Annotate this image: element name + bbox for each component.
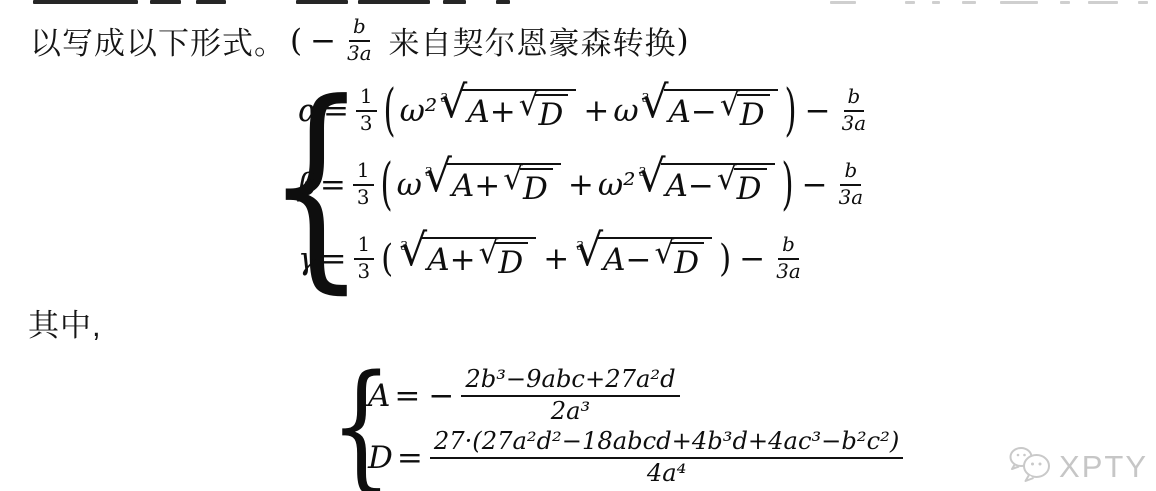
close-paren: ) [719,237,731,280]
close-paren: ) [677,23,689,59]
root-index: 3 [425,164,433,179]
equals-sign: = [393,440,427,476]
cropped-text-fragment [33,0,138,4]
inner-sqrt-D: √ D [720,94,770,133]
open-paren: ( [286,23,306,59]
cropped-text-fragment [196,0,226,4]
equals-sign: = [317,241,351,277]
cropped-watermark-fragment [932,1,940,4]
coef-omega: ω [397,167,422,203]
fraction-one-third: 1 3 [353,160,374,210]
cropped-watermark-fragment [830,1,856,4]
inner-sqrt-D: √ D [503,168,553,207]
cropped-text-fragment [496,0,510,4]
where-label: 其中, [28,300,102,345]
inner-sqrt-D: √ D [519,94,569,133]
inner-sqrt-D: √ D [479,242,529,281]
cropped-text-fragment [443,0,466,4]
minus-sign: − [801,93,835,129]
cube-root-A-minus-sqrtD: 3 √ A− √ D [639,163,775,207]
open-paren: ( [381,237,393,280]
cropped-watermark-fragment [1060,1,1070,4]
fraction-b-over-3a: b 3a [838,86,870,136]
equals-sign: = [390,378,424,414]
plus-sign: + [539,241,573,277]
cropped-text-fragment [358,0,430,4]
equals-sign: = [319,93,353,129]
var-D: D [368,440,393,476]
big-close-paren: ) [785,78,797,143]
cropped-text-fragment [296,0,348,4]
watermark: XPTY [1007,443,1148,490]
intro-text-after: 来自契尔恩豪森转换 [389,18,677,63]
cube-root-A-minus-sqrtD: 3 √ A− √ D [576,237,712,281]
fraction-A-definition: 2b³−9abc+27a²d 2a³ [461,366,679,426]
minus-sign: − [424,378,458,414]
equation-gamma: γ = 1 3 ( 3 √ A+ √ D + 3 √ A− √ [298,234,808,284]
fraction-b-over-3a: b 3a [835,160,867,210]
root-index: 3 [400,238,408,253]
cropped-watermark-fragment [1000,1,1038,4]
var-alpha: α [298,93,319,129]
cropped-watermark-fragment [962,1,976,4]
var-beta: β [298,167,316,203]
cube-root-A-minus-sqrtD: 3 √ A− √ D [642,89,778,133]
plus-sign: + [579,93,613,129]
equation-A: A = − 2b³−9abc+27a²d 2a³ [368,366,683,426]
cropped-watermark-fragment [905,1,915,4]
fraction-b-over-3a: b 3a [772,234,804,284]
big-open-paren: ( [384,78,396,143]
inner-sqrt-D: √ D [655,242,705,281]
cropped-watermark-fragment [1138,1,1148,4]
var-A: A [368,378,390,414]
inner-sqrt-D: √ D [717,168,767,207]
fraction-one-third: 1 3 [356,86,377,136]
root-index: 3 [639,164,647,179]
root-index: 3 [642,90,650,105]
minus-sign: − [798,167,832,203]
wechat-icon [1007,443,1053,490]
watermark-text: XPTY [1059,449,1148,485]
cropped-text-fragment [150,0,181,4]
equation-alpha: α = 1 3 ( ω² 3 √ A+ √ D + ω 3 √ A− [298,86,873,136]
root-index: 3 [576,238,584,253]
fraction-one-third: 1 3 [354,234,375,284]
intro-text-before: 以写成以下形式。 [30,18,286,63]
cube-root-A-plus-sqrtD: 3 √ A+ √ D [400,237,536,281]
minus-sign: − [735,241,769,277]
equation-D: D = 27·(27a²d²−18abcd+4b³d+4ac³−b²c²) 4a… [368,428,906,488]
big-open-paren: ( [381,152,393,217]
coef-omega-squared: ω² [598,167,636,203]
cube-root-A-plus-sqrtD: 3 √ A+ √ D [425,163,561,207]
cropped-watermark-fragment [1088,1,1118,4]
article-page: 以写成以下形式。 ( − b 3a 来自契尔恩豪森转换 ) { α = 1 3 … [0,0,1156,491]
fraction-D-definition: 27·(27a²d²−18abcd+4b³d+4ac³−b²c²) 4a⁴ [430,428,903,488]
big-close-paren: ) [782,152,794,217]
cube-root-A-plus-sqrtD: 3 √ A+ √ D [440,89,576,133]
coef-omega: ω [613,93,638,129]
equals-sign: = [316,167,350,203]
var-gamma: γ [298,241,317,277]
root-index: 3 [440,90,448,105]
plus-sign: + [564,167,598,203]
equation-beta: β = 1 3 ( ω 3 √ A+ √ D + ω² 3 √ A− [298,160,870,210]
minus-sign: − [306,23,340,59]
coef-omega-squared: ω² [400,93,438,129]
